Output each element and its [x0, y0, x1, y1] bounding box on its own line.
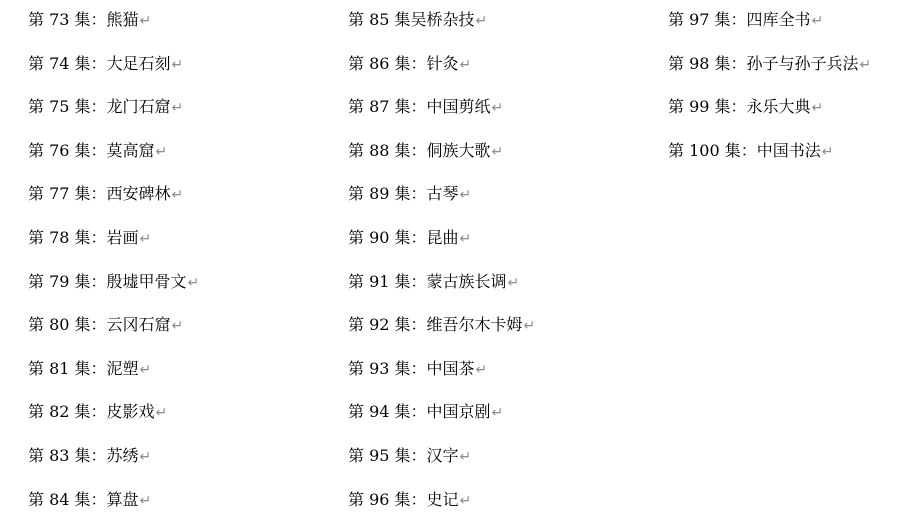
- episode-text: 第 82 集：皮影戏: [28, 402, 155, 421]
- episode-line: 第 79 集：殷墟甲骨文↵: [28, 260, 343, 304]
- episode-text: 第 78 集：岩画: [28, 228, 139, 247]
- paragraph-mark-icon: ↵: [140, 13, 152, 29]
- paragraph-mark-icon: ↵: [460, 231, 472, 247]
- paragraph-mark-icon: ↵: [172, 187, 184, 203]
- paragraph-mark-icon: ↵: [492, 100, 504, 116]
- episode-line: 第 74 集：大足石刻↵: [28, 42, 343, 86]
- paragraph-mark-icon: ↵: [460, 493, 472, 509]
- episode-text: 第 90 集：昆曲: [348, 228, 459, 247]
- episode-line: 第 100 集：中国书法↵: [668, 129, 909, 173]
- episode-text: 第 85 集吴桥杂技: [348, 10, 475, 29]
- episode-line: 第 73 集：熊猫↵: [28, 0, 343, 42]
- episode-text: 第 88 集：侗族大歌: [348, 141, 491, 160]
- episode-text: 第 74 集：大足石刻: [28, 54, 171, 73]
- episode-line: 第 76 集：莫高窟↵: [28, 129, 343, 173]
- episode-line: 第 94 集：中国京剧↵: [348, 390, 663, 434]
- episode-text: 第 97 集：四库全书: [668, 10, 811, 29]
- episode-line: 第 86 集：针灸↵: [348, 42, 663, 86]
- episode-line: 第 77 集：西安碑林↵: [28, 172, 343, 216]
- paragraph-mark-icon: ↵: [140, 449, 152, 465]
- paragraph-mark-icon: ↵: [172, 100, 184, 116]
- paragraph-mark-icon: ↵: [140, 362, 152, 378]
- paragraph-mark-icon: ↵: [524, 318, 536, 334]
- episode-text: 第 79 集：殷墟甲骨文: [28, 272, 187, 291]
- episode-line: 第 81 集：泥塑↵: [28, 347, 343, 391]
- episode-line: 第 97 集：四库全书↵: [668, 0, 909, 42]
- paragraph-mark-icon: ↵: [188, 275, 200, 291]
- episode-text: 第 80 集：云冈石窟: [28, 315, 171, 334]
- paragraph-mark-icon: ↵: [156, 405, 168, 421]
- episode-line: 第 75 集：龙门石窟↵: [28, 85, 343, 129]
- episode-line: 第 98 集：孙子与孙子兵法↵: [668, 42, 909, 86]
- episode-text: 第 96 集：史记: [348, 490, 459, 509]
- paragraph-mark-icon: ↵: [476, 13, 488, 29]
- episode-line: 第 92 集：维吾尔木卡姆↵: [348, 303, 663, 347]
- paragraph-mark-icon: ↵: [140, 231, 152, 247]
- paragraph-mark-icon: ↵: [156, 144, 168, 160]
- paragraph-mark-icon: ↵: [812, 100, 824, 116]
- episode-text: 第 100 集：中国书法: [668, 141, 821, 160]
- episode-line: 第 96 集：史记↵: [348, 478, 663, 522]
- paragraph-mark-icon: ↵: [460, 187, 472, 203]
- episode-line: 第 90 集：昆曲↵: [348, 216, 663, 260]
- paragraph-mark-icon: ↵: [460, 57, 472, 73]
- episode-line: 第 88 集：侗族大歌↵: [348, 129, 663, 173]
- episode-line: 第 91 集：蒙古族长调↵: [348, 260, 663, 304]
- paragraph-mark-icon: ↵: [172, 57, 184, 73]
- paragraph-mark-icon: ↵: [860, 57, 872, 73]
- paragraph-mark-icon: ↵: [508, 275, 520, 291]
- paragraph-mark-icon: ↵: [822, 144, 834, 160]
- episode-line: 第 85 集吴桥杂技↵: [348, 0, 663, 42]
- episode-text: 第 76 集：莫高窟: [28, 141, 155, 160]
- episode-column-1: 第 73 集：熊猫↵第 74 集：大足石刻↵第 75 集：龙门石窟↵第 76 集…: [28, 0, 343, 521]
- episode-line: 第 93 集：中国茶↵: [348, 347, 663, 391]
- episode-text: 第 86 集：针灸: [348, 54, 459, 73]
- paragraph-mark-icon: ↵: [492, 405, 504, 421]
- episode-column-2: 第 85 集吴桥杂技↵第 86 集：针灸↵第 87 集：中国剪纸↵第 88 集：…: [348, 0, 663, 521]
- episode-text: 第 92 集：维吾尔木卡姆: [348, 315, 523, 334]
- episode-line: 第 83 集：苏绣↵: [28, 434, 343, 478]
- episode-column-3: 第 97 集：四库全书↵第 98 集：孙子与孙子兵法↵第 99 集：永乐大典↵第…: [668, 0, 909, 172]
- episode-line: 第 95 集：汉字↵: [348, 434, 663, 478]
- paragraph-mark-icon: ↵: [812, 13, 824, 29]
- episode-line: 第 89 集：古琴↵: [348, 172, 663, 216]
- document-page: 第 73 集：熊猫↵第 74 集：大足石刻↵第 75 集：龙门石窟↵第 76 集…: [0, 0, 909, 531]
- episode-text: 第 75 集：龙门石窟: [28, 97, 171, 116]
- paragraph-mark-icon: ↵: [460, 449, 472, 465]
- episode-text: 第 87 集：中国剪纸: [348, 97, 491, 116]
- paragraph-mark-icon: ↵: [492, 144, 504, 160]
- episode-line: 第 84 集：算盘↵: [28, 478, 343, 522]
- episode-text: 第 84 集：算盘: [28, 490, 139, 509]
- episode-text: 第 73 集：熊猫: [28, 10, 139, 29]
- episode-text: 第 81 集：泥塑: [28, 359, 139, 378]
- episode-text: 第 98 集：孙子与孙子兵法: [668, 54, 859, 73]
- episode-line: 第 80 集：云冈石窟↵: [28, 303, 343, 347]
- paragraph-mark-icon: ↵: [476, 362, 488, 378]
- paragraph-mark-icon: ↵: [140, 493, 152, 509]
- episode-text: 第 95 集：汉字: [348, 446, 459, 465]
- episode-text: 第 77 集：西安碑林: [28, 184, 171, 203]
- episode-line: 第 78 集：岩画↵: [28, 216, 343, 260]
- episode-line: 第 87 集：中国剪纸↵: [348, 85, 663, 129]
- episode-text: 第 89 集：古琴: [348, 184, 459, 203]
- episode-line: 第 82 集：皮影戏↵: [28, 390, 343, 434]
- episode-text: 第 93 集：中国茶: [348, 359, 475, 378]
- episode-text: 第 99 集：永乐大典: [668, 97, 811, 116]
- episode-line: 第 99 集：永乐大典↵: [668, 85, 909, 129]
- episode-text: 第 91 集：蒙古族长调: [348, 272, 507, 291]
- episode-text: 第 94 集：中国京剧: [348, 402, 491, 421]
- episode-text: 第 83 集：苏绣: [28, 446, 139, 465]
- paragraph-mark-icon: ↵: [172, 318, 184, 334]
